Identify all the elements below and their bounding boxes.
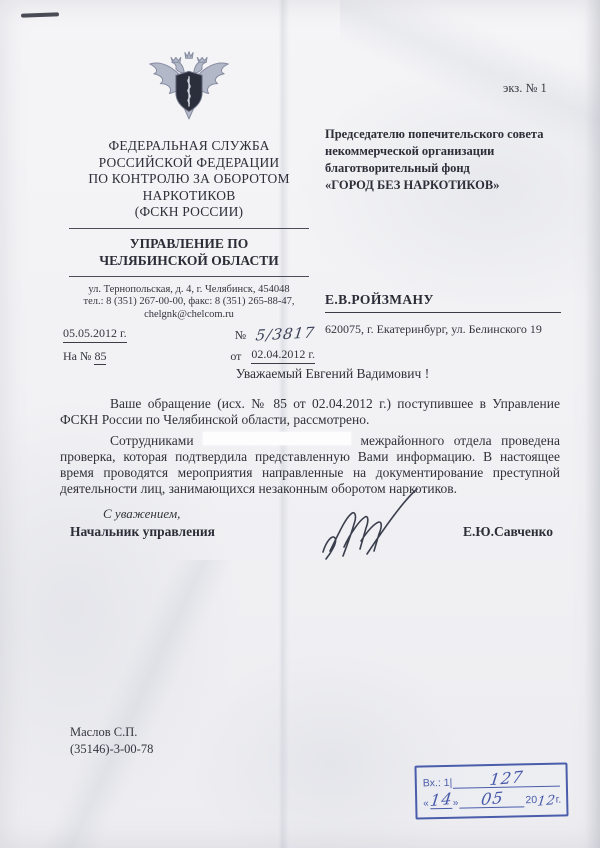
letter-body: Уважаемый Евгений Вадимович ! Ваше обращ… [60, 366, 560, 500]
recipient-title-line: Председателю попечительского совета [325, 126, 567, 143]
number-sign: № [235, 328, 246, 343]
recipient-title: Председателю попечительского совета неко… [325, 126, 567, 194]
closing-phrase: С уважением, [103, 506, 180, 522]
stamp-quote-close: » [453, 798, 459, 809]
letterhead: ФЕДЕРАЛЬНАЯ СЛУЖБА РОССИЙСКОЙ ФЕДЕРАЦИИ … [55, 50, 323, 364]
recipient-title-line: «ГОРОД БЕЗ НАРКОТИКОВ» [325, 177, 567, 194]
stamp-month-line: 05 [459, 788, 525, 808]
stamp-date-row: « 14 » 05 2012г. [423, 787, 561, 810]
scanned-letter-page: экз. № 1 [0, 0, 600, 848]
signer-title: Начальник управления [70, 524, 215, 540]
recipient-title-line: некоммерческой организации [325, 143, 567, 160]
org-name: ФЕДЕРАЛЬНАЯ СЛУЖБА РОССИЙСКОЙ ФЕДЕРАЦИИ … [55, 138, 323, 221]
salutation: Уважаемый Евгений Вадимович ! [105, 366, 560, 382]
org-name-line: (ФСКН РОССИИ) [55, 204, 323, 221]
stamp-number-handwritten: 127 [489, 770, 525, 787]
incoming-ref-date: 02.04.2012 г. [251, 347, 315, 364]
incoming-ref-row: На № 85 от 02.04.2012 г. [63, 347, 315, 364]
stamp-number-line: 127 [453, 768, 560, 789]
executor-block: Маслов С.П. (35146)-3-00-78 [70, 724, 153, 758]
staple-mark [21, 12, 59, 17]
org-name-line: ФЕДЕРАЛЬНАЯ СЛУЖБА [55, 138, 323, 155]
stamp-quote-open: « [423, 798, 429, 809]
incoming-registration-stamp: Вх.: 1| 127 « 14 » 05 2012г. [414, 762, 568, 819]
handwritten-signature [313, 488, 425, 574]
executor-phone: (35146)-3-00-78 [70, 741, 153, 758]
division-name-line: УПРАВЛЕНИЕ ПО [55, 235, 323, 252]
org-name-line: НАРКОТИКОВ [55, 188, 323, 205]
stamp-year-handwritten: 12 [536, 794, 556, 810]
org-phone-fax: тел.: 8 (351) 267-00-00, факс: 8 (351) 2… [55, 296, 323, 309]
stamp-month-handwritten: 05 [480, 791, 504, 807]
outgoing-number-handwritten: 5/3817 [255, 323, 316, 344]
stamp-year: 2012г. [525, 793, 561, 808]
executor-name: Маслов С.П. [70, 724, 153, 741]
signer-name: Е.Ю.Савченко [463, 524, 553, 540]
org-name-line: ПО КОНТРОЛЮ ЗА ОБОРОТОМ [55, 171, 323, 188]
letterhead-divider [69, 228, 309, 229]
incoming-ref-number: 85 [94, 349, 106, 365]
stamp-incoming-label: Вх.: 1| [423, 777, 453, 790]
org-address-street: ул. Тернопольская, д. 4, г. Челябинск, 4… [55, 284, 323, 297]
stamp-day-line: 14 [430, 790, 452, 809]
stamp-year-prefix: 20 [525, 794, 537, 806]
paragraph-2-lead: Сотрудниками [110, 433, 194, 448]
division-name-line: ЧЕЛЯБИНСКОЙ ОБЛАСТИ [55, 252, 323, 269]
division-name: УПРАВЛЕНИЕ ПО ЧЕЛЯБИНСКОЙ ОБЛАСТИ [55, 235, 323, 269]
org-email: chelgnk@chelcom.ru [55, 309, 323, 322]
recipient-block: Председателю попечительского совета неко… [325, 126, 567, 337]
fskn-eagle-emblem [139, 50, 239, 132]
copy-number: экз. № 1 [503, 81, 547, 96]
redaction-box [203, 432, 351, 445]
org-address: ул. Тернопольская, д. 4, г. Челябинск, 4… [55, 284, 323, 322]
outgoing-date: 05.05.2012 г. [63, 326, 127, 343]
stamp-day-handwritten: 14 [429, 792, 453, 808]
incoming-ref-from-label: от [230, 349, 241, 364]
outgoing-ref-row: 05.05.2012 г. № 5/3817 [63, 325, 315, 343]
paper-crease [0, 560, 300, 848]
recipient-title-line: благотворительный фонд [325, 160, 567, 177]
recipient-name: Е.В.РОЙЗМАНУ [325, 292, 561, 313]
letterhead-divider [69, 276, 309, 277]
recipient-address: 620075, г. Екатеринбург, ул. Белинского … [325, 322, 567, 337]
org-name-line: РОССИЙСКОЙ ФЕДЕРАЦИИ [55, 155, 323, 172]
incoming-ref-prefix: На № [63, 349, 91, 363]
paragraph-1: Ваше обращение (исх. № 85 от 02.04.2012 … [60, 396, 560, 428]
paragraph-2: Сотрудниками межрайонного отдела проведе… [60, 432, 560, 498]
